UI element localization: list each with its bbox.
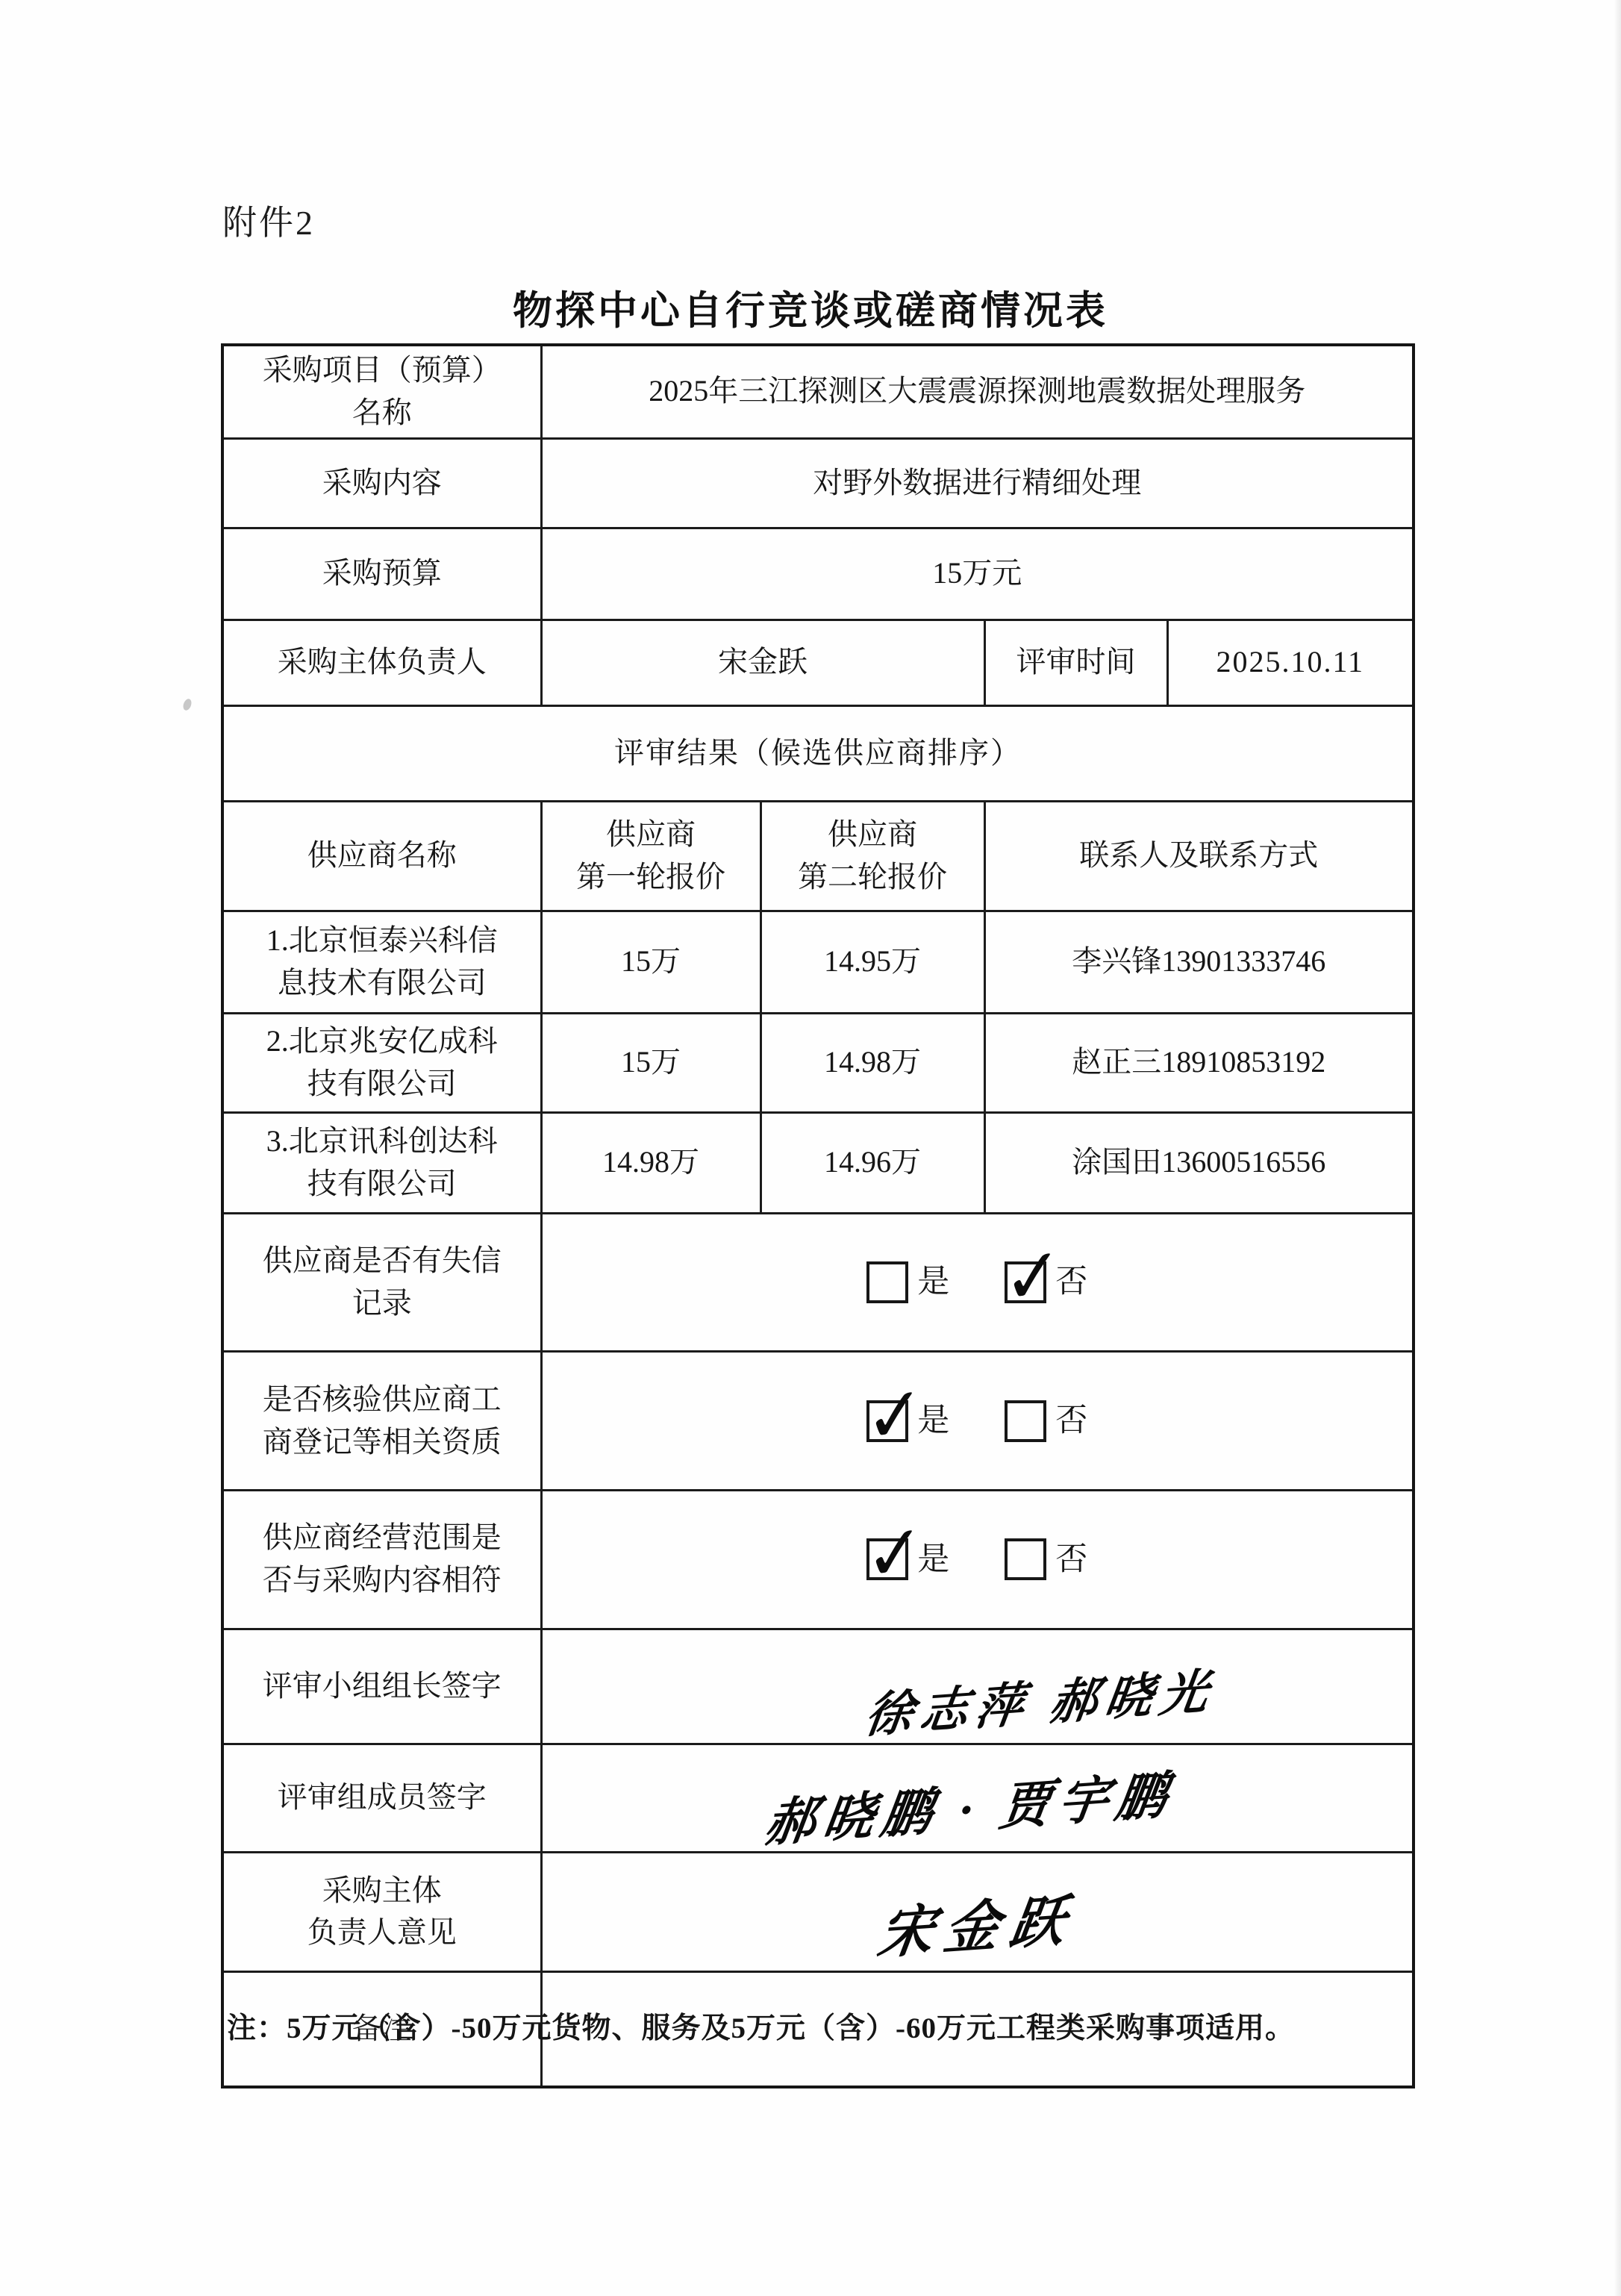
checkbox-square-icon	[1005, 1538, 1046, 1580]
checkbox-no-label: 否	[1055, 1398, 1087, 1444]
check-label-dishonesty-record: 供应商是否有失信 记录	[222, 1213, 541, 1352]
checkbox-group: 是 否	[549, 1398, 1407, 1444]
table-row: 评审组成员签字 郝晓鹏 · 贾宇鹏	[222, 1744, 1414, 1852]
checkbox-no: 否	[1005, 1259, 1087, 1305]
supplier-contact: 赵正三18910853192	[984, 1013, 1414, 1112]
checkbox-square-icon	[866, 1261, 908, 1303]
procurement-form-table: 采购项目（预算） 名称 2025年三江探测区大震震源探测地震数据处理服务 采购内…	[221, 343, 1415, 2088]
checkbox-no: 否	[1005, 1398, 1087, 1444]
leader-signature-label: 评审小组组长签字	[222, 1629, 541, 1744]
scan-smudge	[182, 698, 193, 711]
table-row: 采购主体负责人 宋金跃 评审时间 2025.10.11	[222, 620, 1414, 705]
supplier-row: 1.北京恒泰兴科信 息技术有限公司 15万 14.95万 李兴锋13901333…	[222, 911, 1414, 1013]
checkbox-no-label: 否	[1055, 1259, 1087, 1305]
supplier-second-round-price: 14.98万	[760, 1013, 984, 1112]
checkbox-square-icon	[866, 1538, 908, 1580]
supplier-row: 2.北京兆安亿成科 技有限公司 15万 14.98万 赵正三1891085319…	[222, 1013, 1414, 1112]
review-result-section-title: 评审结果（候选供应商排序）	[222, 705, 1414, 801]
checkbox-group: 是 否	[549, 1537, 1407, 1582]
members-signature-label: 评审组成员签字	[222, 1744, 541, 1852]
scan-edge-shading	[1614, 0, 1621, 2296]
table-row: 采购主体 负责人意见 宋金跃	[222, 1852, 1414, 1972]
checkbox-yes-label: 是	[917, 1398, 949, 1444]
members-signature-handwriting: 郝晓鹏 · 贾宇鹏	[760, 1759, 1179, 1860]
col-header-second-round: 供应商 第二轮报价	[760, 801, 984, 911]
scanned-page: 附件2 物探中心自行竞谈或磋商情况表 采购项目（预算） 名称 2025年三江探测…	[0, 0, 1621, 2296]
head-opinion-label: 采购主体 负责人意见	[222, 1852, 541, 1972]
checkbox-square-icon	[1005, 1400, 1046, 1442]
checkbox-square-icon	[866, 1400, 908, 1442]
project-name-label: 采购项目（预算） 名称	[222, 345, 541, 438]
leader-signature-handwriting: 徐志萍 郝晓光	[861, 1658, 1220, 1751]
project-name-value: 2025年三江探测区大震震源探测地震数据处理服务	[541, 345, 1414, 438]
check-value-cell: 是 否	[541, 1490, 1414, 1629]
check-label-registration-verified: 是否核验供应商工 商登记等相关资质	[222, 1352, 541, 1491]
table-row: 采购项目（预算） 名称 2025年三江探测区大震震源探测地震数据处理服务	[222, 345, 1414, 438]
supplier-first-round-price: 15万	[541, 911, 760, 1013]
table-row: 评审小组组长签字 徐志萍 郝晓光	[222, 1629, 1414, 1744]
content-label: 采购内容	[222, 438, 541, 528]
supplier-contact: 李兴锋13901333746	[984, 911, 1414, 1013]
budget-label: 采购预算	[222, 528, 541, 620]
owner-label: 采购主体负责人	[222, 620, 541, 705]
checkbox-no: 否	[1005, 1537, 1087, 1582]
table-header-row: 供应商名称 供应商 第一轮报价 供应商 第二轮报价 联系人及联系方式	[222, 801, 1414, 911]
check-value-cell: 是 否	[541, 1213, 1414, 1352]
page-title: 物探中心自行竞谈或磋商情况表	[0, 279, 1621, 336]
table-row: 采购预算 15万元	[222, 528, 1414, 620]
checkbox-yes: 是	[866, 1537, 949, 1582]
attachment-label: 附件2	[222, 196, 315, 245]
supplier-first-round-price: 15万	[541, 1013, 760, 1112]
supplier-second-round-price: 14.95万	[760, 911, 984, 1013]
footnote: 注：5万元（含）-50万元货物、服务及5万元（含）-60万元工程类采购事项适用。	[227, 2005, 1496, 2047]
review-time-value: 2025.10.11	[1167, 620, 1414, 705]
supplier-row: 3.北京讯科创达科 技有限公司 14.98万 14.96万 涂国田1360051…	[222, 1112, 1414, 1213]
head-opinion-signature-handwriting: 宋金跃	[873, 1882, 1081, 1975]
check-row: 供应商是否有失信 记录 是 否	[222, 1213, 1414, 1352]
checkbox-yes-label: 是	[917, 1537, 949, 1582]
checkbox-yes: 是	[866, 1259, 949, 1305]
checkbox-yes-label: 是	[917, 1259, 949, 1305]
supplier-name: 3.北京讯科创达科 技有限公司	[222, 1112, 541, 1213]
checkbox-no-label: 否	[1055, 1537, 1087, 1582]
check-value-cell: 是 否	[541, 1352, 1414, 1491]
leader-signature-cell: 徐志萍 郝晓光	[541, 1629, 1414, 1744]
budget-value: 15万元	[541, 528, 1414, 620]
supplier-first-round-price: 14.98万	[541, 1112, 760, 1213]
col-header-supplier-name: 供应商名称	[222, 801, 541, 911]
check-row: 是否核验供应商工 商登记等相关资质 是 否	[222, 1352, 1414, 1491]
check-row: 供应商经营范围是 否与采购内容相符 是 否	[222, 1490, 1414, 1629]
col-header-contact: 联系人及联系方式	[984, 801, 1414, 911]
members-signature-cell: 郝晓鹏 · 贾宇鹏	[541, 1744, 1414, 1852]
col-header-first-round: 供应商 第一轮报价	[541, 801, 760, 911]
supplier-contact: 涂国田13600516556	[984, 1112, 1414, 1213]
checkbox-yes: 是	[866, 1398, 949, 1444]
checkbox-square-icon	[1005, 1261, 1046, 1303]
supplier-second-round-price: 14.96万	[760, 1112, 984, 1213]
checkbox-group: 是 否	[549, 1259, 1407, 1305]
head-opinion-cell: 宋金跃	[541, 1852, 1414, 1972]
review-time-label: 评审时间	[984, 620, 1167, 705]
table-row: 采购内容 对野外数据进行精细处理	[222, 438, 1414, 528]
check-label-business-scope: 供应商经营范围是 否与采购内容相符	[222, 1490, 541, 1629]
supplier-name: 1.北京恒泰兴科信 息技术有限公司	[222, 911, 541, 1013]
table-row: 评审结果（候选供应商排序）	[222, 705, 1414, 801]
content-value: 对野外数据进行精细处理	[541, 438, 1414, 528]
supplier-name: 2.北京兆安亿成科 技有限公司	[222, 1013, 541, 1112]
owner-value: 宋金跃	[541, 620, 984, 705]
